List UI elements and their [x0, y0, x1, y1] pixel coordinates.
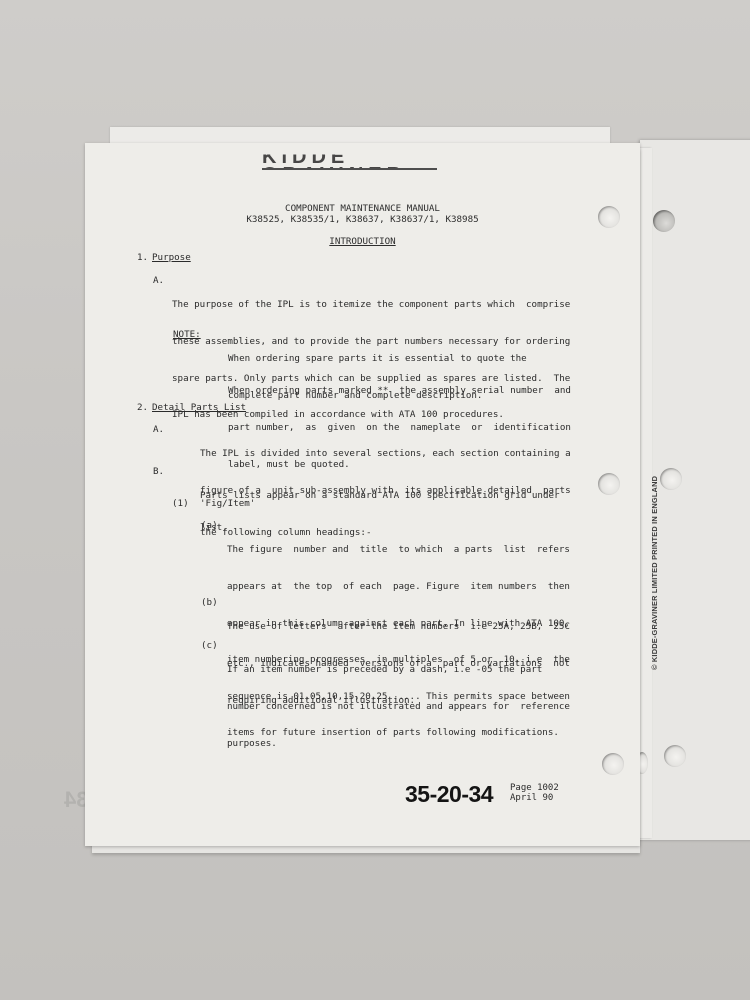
paragraph-label: B. [153, 466, 164, 478]
punch-hole [653, 210, 675, 232]
section-title: INTRODUCTION [85, 236, 640, 247]
section-number: 1. [137, 252, 148, 264]
punch-hole [602, 753, 624, 775]
punch-hole [660, 468, 682, 490]
page-date: April 90 [510, 793, 559, 803]
paragraph-label: A. [153, 275, 164, 287]
punch-hole [598, 473, 620, 495]
company-logo: KIDDE GRAVINER [262, 148, 437, 170]
section-heading-detail-parts-list: Detail Parts List [152, 402, 246, 414]
section-number: 2. [137, 402, 148, 414]
section-heading-purpose: Purpose [152, 252, 191, 264]
page-number: Page 1002 [510, 783, 559, 793]
manual-page: KIDDE GRAVINER COMPONENT MAINTENANCE MAN… [85, 143, 640, 846]
note-label: NOTE: [173, 329, 201, 341]
punch-hole [664, 745, 686, 767]
item-label: (a) [201, 520, 218, 532]
copyright-notice: © KIDDE-GRAVINER LIMITED PRINTED IN ENGL… [650, 476, 659, 670]
chapter-code: 35-20-34 [405, 781, 493, 808]
item-label: (c) [201, 640, 218, 652]
part-numbers: K38525, K38535/1, K38637, K38637/1, K389… [85, 214, 640, 225]
item-label: (b) [201, 597, 218, 609]
manual-title: COMPONENT MAINTENANCE MANUAL [85, 203, 640, 214]
subitem-title: 'Fig/Item' [200, 498, 255, 510]
subitem-label: (1) [172, 498, 189, 510]
punch-hole [598, 206, 620, 228]
paragraph-label: A. [153, 424, 164, 436]
item-text: If an item number is preceded by a dash,… [227, 640, 570, 774]
page-info: Page 1002 April 90 [510, 783, 559, 803]
